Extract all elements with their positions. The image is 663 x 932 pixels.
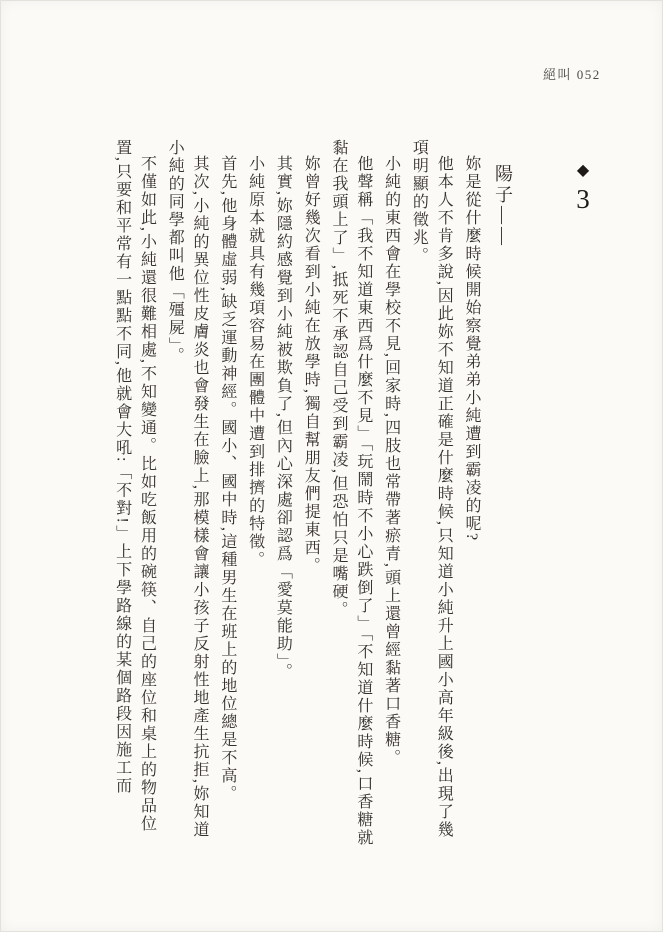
book-page: 絕叫 052 ◆ 3 陽子—— 妳是從什麼時候開始察覺弟弟小純遭到霸凌的呢? 他…: [0, 0, 663, 932]
diamond-ornament-icon: ◆: [564, 163, 602, 179]
paragraph: 其次,小純的異位性皮膚炎也會發生在臉上,那模樣會讓小孩子反射性地產生抗拒,妳知道…: [161, 139, 211, 851]
section-opener: 陽子——: [490, 164, 516, 294]
paragraph: 首先,他身體虛弱,缺乏運動神經。國小、國中時,這種男生在班上的地位總是不高。: [214, 139, 239, 851]
chapter-number: 3: [564, 186, 602, 213]
paragraph: 妳是從什麼時候開始察覺弟弟小純遭到霸凌的呢?: [458, 139, 483, 851]
chapter-block: ◆ 3: [564, 163, 602, 213]
paragraph: 妳曾好幾次看到小純在放學時,獨自幫朋友們提東西。: [297, 139, 322, 851]
paragraph: 他聲稱「我不知道東西爲什麼不見」「玩鬧時不小心跌倒了」「不知道什麼時候,口香糖就…: [325, 139, 375, 851]
paragraph: 其實,妳隱約感覺到小純被欺負了,但內心深處卻認爲「愛莫能助」。: [270, 139, 295, 851]
paragraph: 不僅如此,小純還很難相處,不知變通。比如吃飯用的碗筷、自己的座位和桌上的物品位置…: [109, 139, 159, 851]
running-header: 絕叫 052: [543, 64, 601, 83]
paragraph: 小純的東西會在學校不見,回家時,四肢也常帶著瘀青,頭上還曾經黏著口香糖。: [378, 139, 403, 851]
paragraph: 他本人不肯多說,因此妳不知道正確是什麼時候,只知道小純升上國小高年級後,出現了幾…: [406, 139, 456, 851]
paragraph: 小純原本就具有幾項容易在團體中遭到排擠的特徵。: [242, 139, 267, 851]
body-text: 妳是從什麼時候開始察覺弟弟小純遭到霸凌的呢? 他本人不肯多說,因此妳不知道正確是…: [70, 139, 486, 851]
